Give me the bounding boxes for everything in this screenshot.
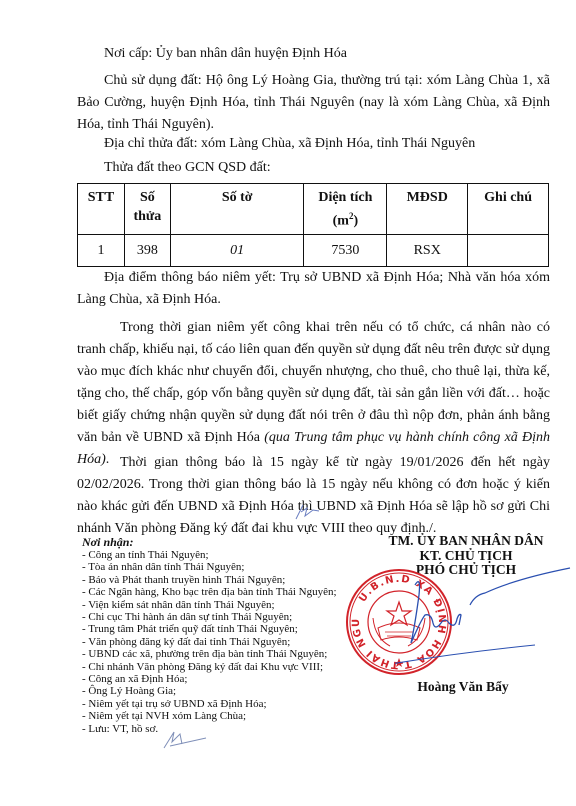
signature-org-title: TM. ỦY BAN NHÂN DÂN bbox=[378, 534, 554, 549]
recipient-item: - Chi nhánh Văn phòng Đăng ký đất đai Kh… bbox=[82, 661, 352, 673]
parcel-table: STT Sốthửa Số tờ Diện tích(m2) MĐSD Ghi … bbox=[77, 183, 549, 267]
initials-mark-icon bbox=[293, 502, 323, 522]
col-header-ghi-chu: Ghi chú bbox=[468, 184, 549, 235]
recipient-item: - Trung tâm Phát triển quỹ đất tỉnh Thái… bbox=[82, 623, 352, 635]
recipients-list: Nơi nhận: - Công an tỉnh Thái Nguyên;- T… bbox=[82, 535, 352, 735]
cell-dien-tich: 7530 bbox=[304, 235, 387, 267]
recipient-item: - Công an xã Định Hóa; bbox=[82, 673, 352, 685]
recipient-item: - Niêm yết tại NVH xóm Làng Chùa; bbox=[82, 710, 352, 722]
period-paragraph: Thời gian thông báo là 15 ngày kể từ ngà… bbox=[77, 452, 550, 540]
posting-location-paragraph: Địa điểm thông báo niêm yết: Trụ sở UBND… bbox=[77, 267, 550, 311]
cell-so-thua: 398 bbox=[124, 235, 170, 267]
recipients-title: Nơi nhận: bbox=[82, 535, 352, 549]
recipient-item: - Ông Lý Hoàng Gia; bbox=[82, 685, 352, 697]
col-header-mdsd: MĐSD bbox=[387, 184, 468, 235]
cell-ghi-chu bbox=[468, 235, 549, 267]
recipient-item: - Chi cục Thi hành án dân sự tỉnh Thái N… bbox=[82, 611, 352, 623]
handwritten-signature-icon bbox=[395, 565, 575, 675]
dispute-paragraph: Trong thời gian niêm yết công khai trên … bbox=[77, 317, 550, 471]
issuer-line: Nơi cấp: Ủy ban nhân dân huyện Định Hóa bbox=[77, 43, 550, 65]
parcel-address-line: Địa chỉ thửa đất: xóm Làng Chùa, xã Định… bbox=[77, 133, 550, 155]
initials-mark-icon bbox=[160, 728, 210, 750]
recipient-item: - Báo và Phát thanh truyền hình Thái Ngu… bbox=[82, 574, 352, 586]
table-row: 1 398 01 7530 RSX bbox=[78, 235, 549, 267]
parcel-intro-line: Thửa đất theo GCN QSD đất: bbox=[77, 157, 550, 179]
owner-paragraph: Chủ sử dụng đất: Hộ ông Lý Hoàng Gia, th… bbox=[77, 70, 550, 136]
signer-name: Hoàng Văn Bẩy bbox=[388, 679, 538, 695]
col-header-stt: STT bbox=[78, 184, 125, 235]
col-header-so-to: Số tờ bbox=[170, 184, 304, 235]
recipient-item: - Các Ngân hàng, Kho bạc trên địa bàn tỉ… bbox=[82, 586, 352, 598]
recipient-item: - Văn phòng đăng ký đất đai tỉnh Thái Ng… bbox=[82, 636, 352, 648]
signature-authority: KT. CHỦ TỊCH bbox=[378, 549, 554, 564]
cell-mdsd: RSX bbox=[387, 235, 468, 267]
recipient-item: - Lưu: VT, hồ sơ. bbox=[82, 723, 352, 735]
recipient-item: - Niêm yết tại trụ sở UBND xã Định Hóa; bbox=[82, 698, 352, 710]
cell-so-to: 01 bbox=[170, 235, 304, 267]
recipient-item: - UBND các xã, phường trên địa bàn tỉnh … bbox=[82, 648, 352, 660]
recipient-item: - Tòa án nhân dân tỉnh Thái Nguyên; bbox=[82, 561, 352, 573]
cell-stt: 1 bbox=[78, 235, 125, 267]
recipient-item: - Công an tỉnh Thái Nguyên; bbox=[82, 549, 352, 561]
table-header-row: STT Sốthửa Số tờ Diện tích(m2) MĐSD Ghi … bbox=[78, 184, 549, 235]
recipient-item: - Viện kiểm sát nhân dân tỉnh Thái Nguyê… bbox=[82, 599, 352, 611]
col-header-so-thua: Sốthửa bbox=[124, 184, 170, 235]
col-header-dien-tich: Diện tích(m2) bbox=[304, 184, 387, 235]
